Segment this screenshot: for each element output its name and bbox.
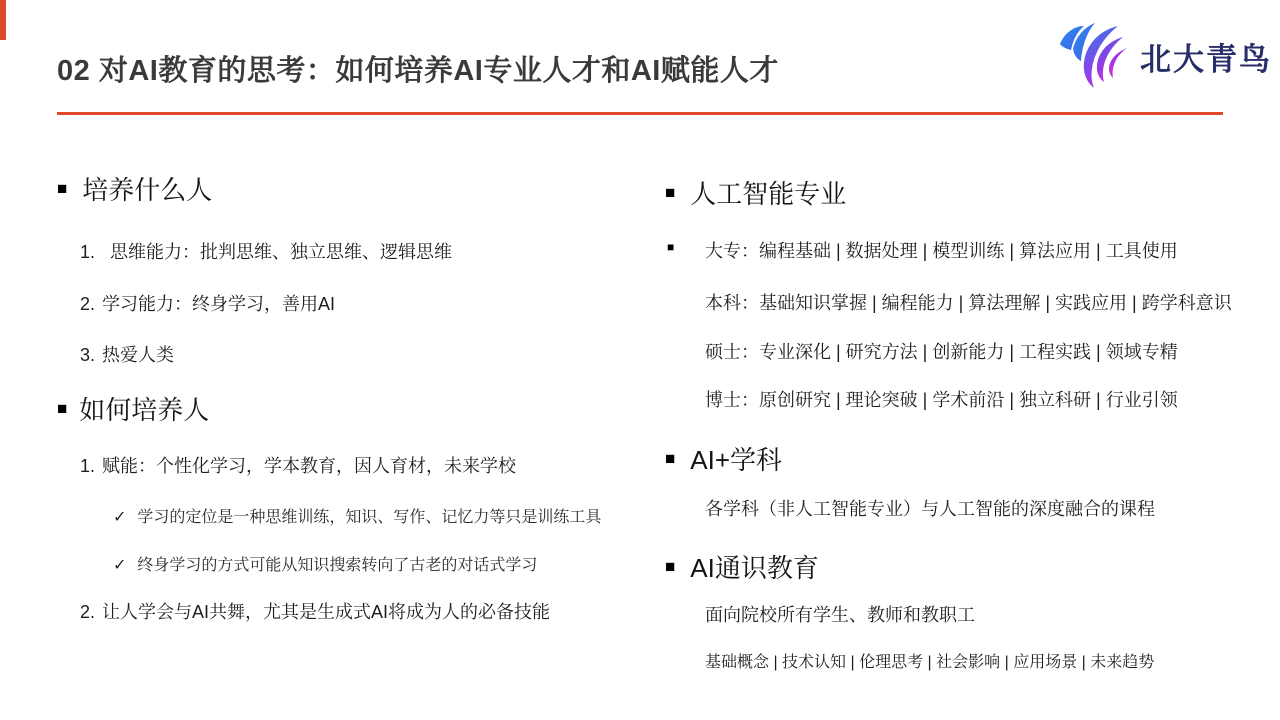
item-number: 2. — [80, 294, 95, 315]
presentation-slide: 02 对AI教育的思考：如何培养AI专业人才和AI赋能人才 — [0, 0, 1280, 720]
tag-list-text: 基础概念 | 技术认知 | 伦理思考 | 社会影响 | 应用场景 | 未来趋势 — [705, 649, 1154, 672]
check-text: 终身学习的方式可能从知识搜索转向了古老的对话式学习 — [137, 557, 537, 574]
left-list-item: 1.思维能力：批判思维、独立思维、逻辑思维 — [80, 238, 452, 264]
right-section-3-heading: ■ AI通识教育 — [665, 548, 819, 585]
square-bullet-icon: ■ — [665, 184, 675, 201]
item-text: 赋能：个性化学习，学本教育，因人育材，未来学校 — [102, 456, 516, 476]
item-number: 1. — [80, 456, 95, 477]
item-number: 3. — [80, 345, 95, 366]
degree-row: 大专：编程基础 | 数据处理 | 模型训练 | 算法应用 | 工具使用 — [705, 237, 1178, 263]
heading-text: AI+学科 — [690, 440, 782, 477]
bird-swoosh-icon — [1058, 22, 1134, 90]
heading-text: 人工智能专业 — [690, 174, 846, 211]
check-icon: ✓ — [113, 557, 126, 574]
item-text: 热爱人类 — [102, 345, 174, 365]
item-number: 2. — [80, 602, 95, 623]
square-bullet-icon: ■ — [57, 180, 67, 197]
item-text: 思维能力：批判思维、独立思维、逻辑思维 — [110, 242, 452, 262]
check-list-item: ✓终身学习的方式可能从知识搜索转向了古老的对话式学习 — [113, 552, 537, 575]
degree-row: 硕士：专业深化 | 研究方法 | 创新能力 | 工程实践 | 领域专精 — [705, 338, 1178, 364]
square-bullet-icon: ■ — [665, 450, 675, 467]
left-list-item: 2.让人学会与AI共舞，尤其是生成式AI将成为人的必备技能 — [80, 598, 550, 624]
square-bullet-icon: ■ — [57, 400, 67, 417]
brand-logo: 北大青鸟 — [1058, 22, 1272, 90]
left-list-item: 2.学习能力：终身学习，善用AI — [80, 290, 335, 316]
item-text: 学习能力：终身学习，善用AI — [102, 294, 335, 314]
left-list-item: 1.赋能：个性化学习，学本教育，因人育材，未来学校 — [80, 452, 516, 478]
check-icon: ✓ — [113, 509, 126, 526]
left-list-item: 3.热爱人类 — [80, 341, 174, 367]
right-section-2-heading: ■ AI+学科 — [665, 440, 782, 477]
square-bullet-icon: ■ — [665, 558, 675, 575]
item-number: 1. — [80, 242, 95, 263]
check-list-item: ✓学习的定位是一种思维训练，知识、写作、记忆力等只是训练工具 — [113, 504, 601, 527]
heading-text: 如何培养人 — [79, 390, 209, 427]
left-section-1-heading: ■ 培养什么人 — [57, 170, 212, 207]
section-body-text: 面向院校所有学生、教师和教职工 — [705, 601, 975, 627]
degree-row: 本科：基础知识掌握 | 编程能力 | 算法理解 | 实践应用 | 跨学科意识 — [705, 289, 1232, 315]
check-text: 学习的定位是一种思维训练，知识、写作、记忆力等只是训练工具 — [137, 509, 601, 526]
title-divider-line — [57, 112, 1223, 115]
heading-text: AI通识教育 — [690, 548, 819, 585]
item-text: 让人学会与AI共舞，尤其是生成式AI将成为人的必备技能 — [102, 602, 550, 622]
brand-logo-text: 北大青鸟 — [1140, 34, 1272, 79]
heading-text: 培养什么人 — [82, 170, 212, 207]
square-bullet-icon: ■ — [667, 241, 674, 253]
corner-accent-bar — [0, 0, 6, 40]
right-section-1-heading: ■ 人工智能专业 — [665, 174, 846, 211]
section-body-text: 各学科（非人工智能专业）与人工智能的深度融合的课程 — [705, 495, 1155, 521]
slide-title: 02 对AI教育的思考：如何培养AI专业人才和AI赋能人才 — [57, 48, 779, 89]
left-section-2-heading: ■ 如何培养人 — [57, 390, 209, 427]
degree-row: 博士：原创研究 | 理论突破 | 学术前沿 | 独立科研 | 行业引领 — [705, 386, 1178, 412]
